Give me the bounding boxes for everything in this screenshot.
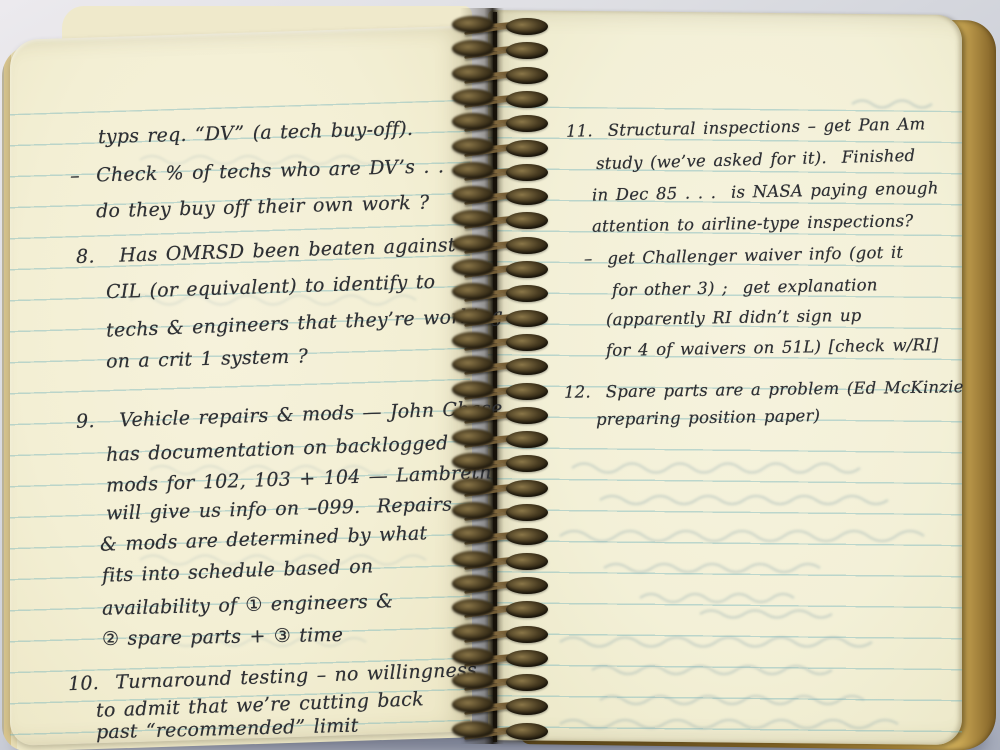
- spiral-loop: [452, 233, 548, 255]
- spiral-lobe-right: [506, 67, 548, 84]
- spiral-lobe-right: [506, 455, 548, 472]
- spiral-lobe-right: [506, 140, 548, 157]
- spiral-lobe-right: [506, 310, 548, 327]
- handwritten-line: ② spare parts + ③ time: [102, 624, 343, 650]
- spiral-lobe-right: [506, 91, 548, 108]
- spiral-lobe-right: [506, 650, 548, 667]
- spiral-loop: [452, 330, 548, 352]
- spiral-lobe-right: [506, 42, 548, 59]
- spiral-loop: [452, 670, 548, 692]
- spiral-lobe-left: [452, 332, 494, 349]
- spiral-loop: [452, 719, 548, 741]
- spiral-lobe-right: [506, 285, 548, 302]
- spiral-lobe-right: [506, 334, 548, 351]
- spiral-loop: [452, 403, 548, 425]
- spiral-lobe-right: [506, 18, 548, 35]
- spiral-lobe-left: [452, 16, 494, 33]
- spiral-loop: [452, 63, 548, 85]
- spiral-binding: [452, 0, 548, 750]
- spiral-loop: [452, 694, 548, 716]
- spiral-lobe-left: [452, 138, 494, 155]
- spiral-lobe-left: [452, 162, 494, 179]
- spiral-loop: [452, 38, 548, 60]
- spiral-lobe-right: [506, 528, 548, 545]
- spiral-lobe-right: [506, 698, 548, 715]
- spiral-lobe-right: [506, 626, 548, 643]
- spiral-lobe-right: [506, 164, 548, 181]
- spiral-lobe-left: [452, 308, 494, 325]
- spiral-loop: [452, 524, 548, 546]
- spiral-lobe-left: [452, 186, 494, 203]
- spiral-lobe-right: [506, 115, 548, 132]
- spiral-lobe-right: [506, 480, 548, 497]
- spiral-loop: [452, 160, 548, 182]
- spiral-loop: [452, 257, 548, 279]
- spiral-loop: [452, 427, 548, 449]
- spiral-loop: [452, 500, 548, 522]
- spiral-lobe-right: [506, 261, 548, 278]
- spiral-lobe-right: [506, 383, 548, 400]
- spiral-lobe-left: [452, 259, 494, 276]
- spiral-loop: [452, 379, 548, 401]
- spiral-loop: [452, 354, 548, 376]
- spiral-loop: [452, 306, 548, 328]
- spiral-lobe-right: [506, 431, 548, 448]
- spiral-lobe-right: [506, 577, 548, 594]
- spiral-lobe-left: [452, 478, 494, 495]
- spiral-loop: [452, 87, 548, 109]
- spiral-loop: [452, 622, 548, 644]
- spiral-loop: [452, 597, 548, 619]
- spiral-lobe-right: [506, 188, 548, 205]
- spiral-loop: [452, 136, 548, 158]
- spiral-lobe-left: [452, 381, 494, 398]
- spiral-loop: [452, 281, 548, 303]
- spiral-lobe-right: [506, 237, 548, 254]
- spiral-loop: [452, 451, 548, 473]
- spiral-lobe-left: [452, 65, 494, 82]
- spiral-loop: [452, 111, 548, 133]
- spiral-loop: [452, 476, 548, 498]
- spiral-lobe-left: [452, 89, 494, 106]
- spiral-loop: [452, 184, 548, 206]
- spiral-lobe-left: [452, 672, 494, 689]
- spiral-lobe-left: [452, 502, 494, 519]
- handwritten-line: preparing position paper): [596, 406, 821, 429]
- spiral-lobe-left: [452, 405, 494, 422]
- spiral-lobe-right: [506, 723, 548, 740]
- spiral-lobe-right: [506, 358, 548, 375]
- spiral-lobe-right: [506, 407, 548, 424]
- spiral-lobe-right: [506, 212, 548, 229]
- spiral-lobe-left: [452, 648, 494, 665]
- spiral-lobe-right: [506, 553, 548, 570]
- spiral-lobe-left: [452, 624, 494, 641]
- spiral-lobe-right: [506, 674, 548, 691]
- spiral-lobe-left: [452, 429, 494, 446]
- spiral-lobe-left: [452, 575, 494, 592]
- spiral-lobe-left: [452, 551, 494, 568]
- spiral-loop: [452, 646, 548, 668]
- notebook-photo: typs req. “DV” (a tech buy-off). – Check…: [0, 0, 1000, 750]
- spiral-lobe-right: [506, 601, 548, 618]
- spiral-loop: [452, 573, 548, 595]
- spiral-lobe-left: [452, 721, 494, 738]
- spiral-loop: [452, 208, 548, 230]
- spiral-loop: [452, 549, 548, 571]
- spiral-loop: [452, 14, 548, 36]
- spiral-lobe-left: [452, 235, 494, 252]
- spiral-lobe-right: [506, 504, 548, 521]
